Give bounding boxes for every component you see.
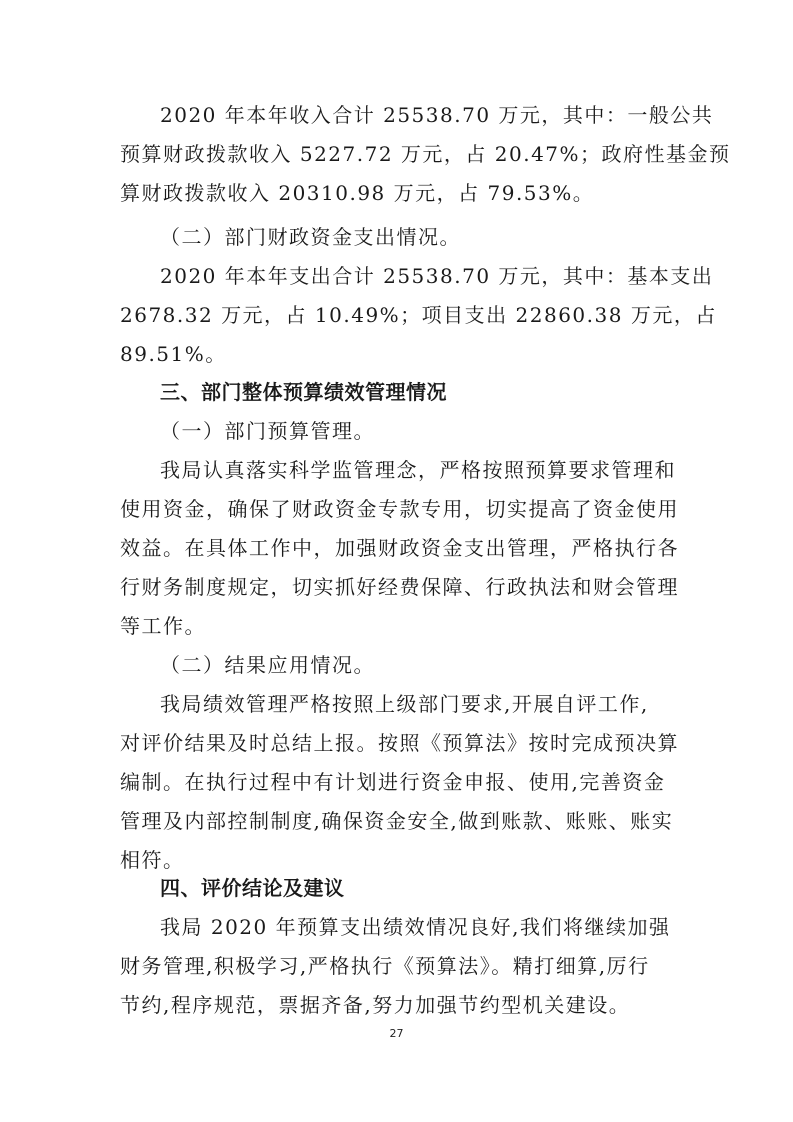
expenditure-summary-line-3: 89.51%。 [120,342,227,366]
budget-management-line-5: 等工作。 [120,614,206,638]
page-number: 27 [0,1027,793,1040]
budget-management-line-2: 使用资金，确保了财政资金专款专用，切实提高了资金使用 [120,497,679,521]
results-application-line-5: 相符。 [120,848,185,872]
income-summary-line-2: 预算财政拨款收入 5227.72 万元，占 20.47%；政府性基金预 [120,142,731,166]
income-summary-line-3: 算财政拨款收入 20310.98 万元，占 79.53%。 [120,181,594,205]
results-application-line-1: 我局绩效管理严格按照上级部门要求,开展自评工作, [160,692,649,716]
budget-management-line-3: 效益。在具体工作中，加强财政资金支出管理，严格执行各 [120,536,679,560]
budget-management-line-4: 行财务制度规定，切实抓好经费保障、行政执法和财会管理 [120,575,679,599]
results-application-line-3: 编制。在执行过程中有计划进行资金申报、使用,完善资金 [120,770,665,794]
budget-management-subheading: （一）部门预算管理。 [160,419,375,443]
conclusion-line-1: 我局 2020 年预算支出绩效情况良好,我们将继续加强 [160,915,670,939]
conclusion-line-2: 财务管理,积极学习,严格执行《预算法》。精打细算,厉行 [120,954,650,978]
income-summary-line-1: 2020 年本年收入合计 25538.70 万元，其中：一般公共 [160,103,713,127]
conclusion-line-3: 节约,程序规范，票据齐备,努力加强节约型机关建设。 [120,993,630,1017]
section-heading-3: 三、部门整体预算绩效管理情况 [160,380,447,404]
expenditure-subheading: （二）部门财政资金支出情况。 [160,225,461,249]
document-page: 2020 年本年收入合计 25538.70 万元，其中：一般公共 预算财政拨款收… [0,0,793,1122]
results-application-line-4: 管理及内部控制制度,确保资金安全,做到账款、账账、账实 [120,809,673,833]
results-application-subheading: （二）结果应用情况。 [160,653,375,677]
section-heading-4: 四、评价结论及建议 [160,876,345,900]
results-application-line-2: 对评价结果及时总结上报。按照《预算法》按时完成预决算 [120,731,679,755]
expenditure-summary-line-2: 2678.32 万元，占 10.49%；项目支出 22860.38 万元，占 [120,303,717,327]
expenditure-summary-line-1: 2020 年本年支出合计 25538.70 万元，其中：基本支出 [160,264,713,288]
budget-management-line-1: 我局认真落实科学监管理念，严格按照预算要求管理和 [160,458,676,482]
